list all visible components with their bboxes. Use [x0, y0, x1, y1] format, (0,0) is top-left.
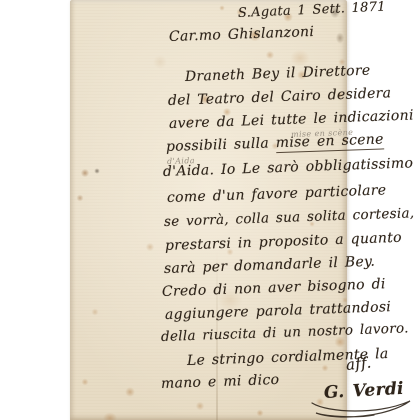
- body-line: sarà per domandarle il Bey.: [164, 254, 376, 277]
- pencil-annotation-aida: d'Aida: [167, 156, 195, 166]
- body-line: Credo di non aver bisogno di: [162, 276, 386, 300]
- signature: G. Verdi: [323, 379, 404, 403]
- body-line: aggiungere parola trattandosi: [165, 299, 392, 323]
- body-line: avere da Lei tutte le indicazioni: [169, 107, 414, 132]
- letter-paper: S.Agata 1 Sett. 1871 Car.mo Ghislanzoni …: [70, 0, 347, 420]
- date-line: S.Agata 1 Sett. 1871: [238, 0, 386, 21]
- closing-line: mano e mi dico: [161, 372, 280, 392]
- body-line: se vorrà, colla sua solita cortesia,: [164, 205, 415, 230]
- signoff: aff.: [345, 353, 372, 374]
- body-line-text: possibili sulla: [166, 135, 270, 155]
- photo-background: S.Agata 1 Sett. 1871 Car.mo Ghislanzoni …: [0, 0, 420, 420]
- salutation-line: Car.mo Ghislanzoni: [169, 24, 315, 45]
- body-line: del Teatro del Cairo desidera: [168, 85, 392, 109]
- body-line: della riuscita di un nostro lavoro.: [161, 320, 409, 345]
- body-line: d'Aida. Io Le sarò obbligatissimo: [163, 155, 414, 180]
- body-line: Draneth Bey il Direttore: [185, 63, 371, 85]
- body-line: prestarsi in proposito a quanto: [165, 230, 402, 254]
- body-line: come d'un favore particolare: [167, 182, 387, 206]
